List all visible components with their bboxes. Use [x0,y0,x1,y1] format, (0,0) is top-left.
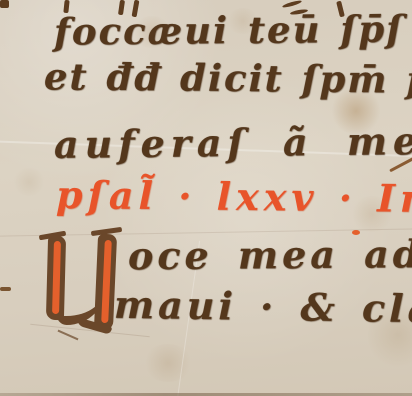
initial-u-hairline [58,330,79,341]
text-line-1: foccæui teū ſp̄ſ f [54,6,412,53]
rubric-line: pſal̃ · lxxv · In [56,172,412,221]
pen-mark [0,287,11,291]
text-line-3: auferaſ ã me [54,118,412,167]
stain [12,168,46,196]
manuscript-page: foccæui teū ſp̄ſ f et đđ dicit ſpm̄ ſ au… [0,0,412,396]
stain [142,344,194,382]
text-line-6: maui · & clã [114,282,412,331]
text-line-5: oce mea ad d [128,231,412,278]
letter-fragment [0,0,9,8]
text-line-2: et đđ dicit ſpm̄ ſ [44,54,412,101]
